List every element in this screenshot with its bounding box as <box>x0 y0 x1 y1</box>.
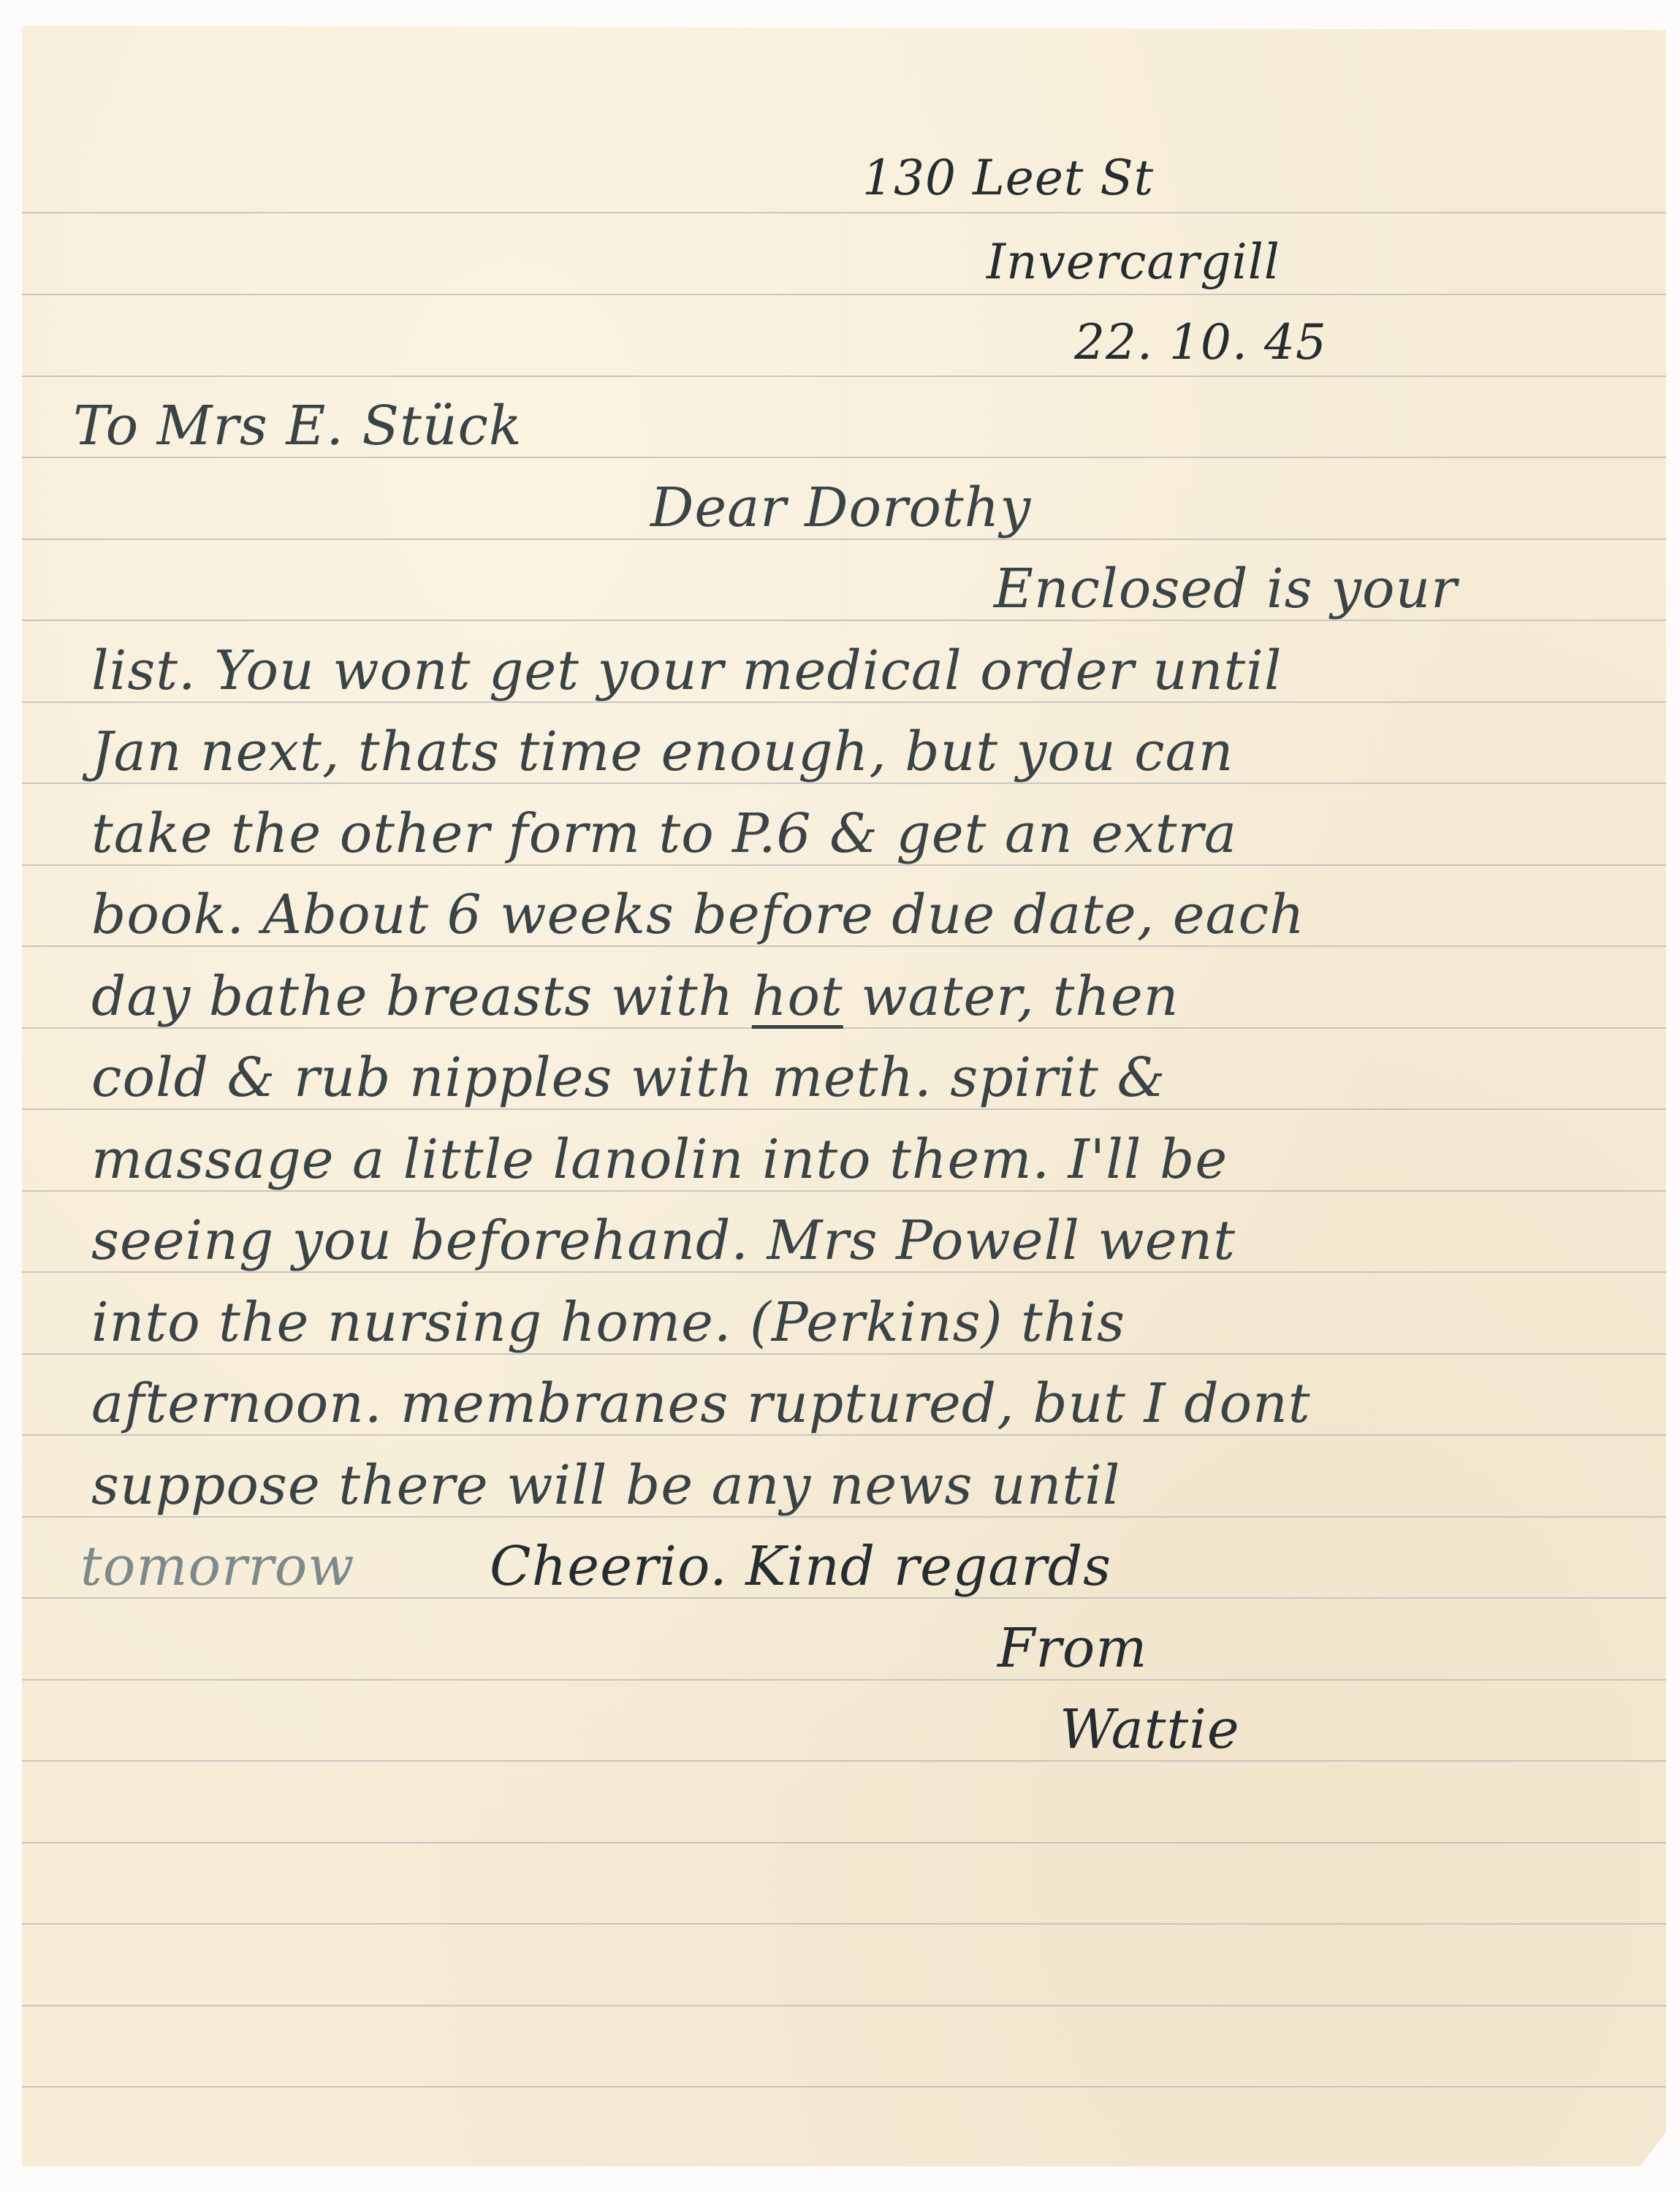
body-line-segment: water, then <box>843 965 1179 1028</box>
signature: Wattie <box>1060 1698 1240 1761</box>
body-line-segment: day bathe breasts with <box>91 965 752 1028</box>
letter-date: 22. 10. 45 <box>1074 314 1327 370</box>
ruled-line <box>22 1760 1666 1762</box>
body-line: Enclosed is your <box>994 557 1458 620</box>
ruled-line <box>22 212 1666 213</box>
body-line: day bathe breasts with hot water, then <box>91 965 1179 1028</box>
ruled-line <box>22 376 1666 377</box>
ruled-line <box>22 2005 1666 2006</box>
address-line-city: Invercargill <box>987 234 1280 290</box>
underlined-word: hot <box>752 965 843 1028</box>
body-line: massage a little lanolin into them. I'll… <box>91 1128 1228 1191</box>
body-line: afternoon. membranes ruptured, but I don… <box>91 1372 1311 1435</box>
ruled-line <box>22 1923 1666 1925</box>
ruled-line <box>22 1842 1666 1843</box>
body-line: book. About 6 weeks before due date, eac… <box>91 883 1305 946</box>
ruled-line <box>22 1679 1666 1681</box>
salutation: Dear Dorothy <box>650 476 1031 539</box>
sign-off: Cheerio. Kind regards <box>490 1535 1111 1598</box>
body-line: list. You wont get your medical order un… <box>91 639 1282 702</box>
address-line-street: 130 Leet St <box>862 150 1154 206</box>
ruled-line <box>22 294 1666 295</box>
from-label: From <box>997 1617 1147 1680</box>
body-line: take the other form to P.6 & get an extr… <box>91 802 1237 865</box>
ruled-line <box>22 2086 1666 2088</box>
body-line: cold & rub nipples with meth. spirit & <box>91 1046 1166 1109</box>
recipient-line: To Mrs E. Stück <box>73 395 522 457</box>
body-line: suppose there will be any news until <box>91 1454 1120 1517</box>
body-line: seeing you beforehand. Mrs Powell went <box>91 1209 1236 1272</box>
letter-page: 130 Leet St Invercargill 22. 10. 45 To M… <box>22 26 1666 2166</box>
body-last-word: tomorrow <box>80 1535 355 1598</box>
body-line: Jan next, thats time enough, but you can <box>91 720 1234 783</box>
body-line: into the nursing home. (Perkins) this <box>91 1291 1125 1354</box>
